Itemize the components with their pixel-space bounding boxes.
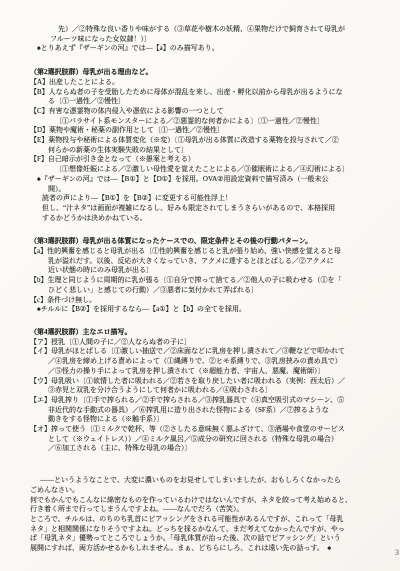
text-line: 読者の声により―【B①】を【B②】に変更する可能性浮上！ xyxy=(42,194,374,204)
text-line: ――というようなことで、大変に濃いものをお見せしてしまいましたが、おもしろくなか… xyxy=(40,476,374,486)
text-line: （第4選択肢群）主なエロ描写。 xyxy=(30,328,374,338)
text-line: 【イ】母乳がほとばしる〔①激しい抽送で／②床面などに乳房を押し潰されて／③鞭など… xyxy=(30,347,374,357)
text-line: 展開にすれば、両方活かせるかもしれません。まぁ、どちらにしろ、これは遠い先の話っ… xyxy=(30,544,374,554)
text-line: 【c】条件づけ無し。 xyxy=(30,296,374,306)
text-line: 〔①想像妊娠による／②激しい母性愛を覚えたことによる／③催眠術による／④幻術によ… xyxy=(55,165,374,175)
text-line: 〔①パラサイト系モンスターによる／②悪霊的な何者かによる〕〔①一過性／②慢性〕 xyxy=(55,117,374,127)
text-line: ／⑤怪力の操り手によって乳房を押し潰されて（※超能力者、宇宙人、悪魔、魔術師）〕 xyxy=(48,367,374,377)
text-line: 【エ】母乳搾り〔①手で搾られる／②手で搾らされる／③搾乳器具で（④真空吸引式のマ… xyxy=(30,396,374,406)
text-line: ③赤児と双乳を分け合うようにして何者かに吸われる／④吸わされる〕 xyxy=(48,386,374,396)
text-line: る〔①一過性／②慢性〕 xyxy=(48,97,374,107)
text-line: 動きをする怪物による（※触手系）〕 xyxy=(48,415,374,425)
text-line: として（※ウェイトレス））／④ミルク風呂／⑤成分の研究に回される（特殊な母乳の場… xyxy=(48,435,374,445)
text-line: ところで、チルルは、のちのち乳首にピアッシングをされる可能性があるんですが、これ… xyxy=(30,515,374,525)
scanned-page: 先）／②特殊な良い香りや味がする（③草花や樹木の妖精、④果物だけで飼育されて母乳… xyxy=(0,0,400,571)
text-line: （第3選択肢群）母乳が出る体質になったケースでの、限定条件とその後の行動パターン… xyxy=(30,237,374,247)
text-line: 先）／②特殊な良い香りや味がする（③草花や樹木の妖精、④果物だけで飼育されて母乳… xyxy=(58,25,374,35)
text-line: 【C】有害な憑霊物の体内侵入や憑依による影響の一つとして xyxy=(30,107,374,117)
text-line: 何らかの新薬の生体実験失敗の結果として〕 xyxy=(48,146,374,156)
text-line: 【オ】搾って使う〔①ミルクで乾杯、等（②さしたる意味無く悪ふざけて、③酒場や食堂… xyxy=(30,425,374,435)
text-line: 乳が溢れだす。以後、反応が大きくなっていき、アクメに達するとほとばしる／②アクメ… xyxy=(48,257,374,267)
text-line: 開）。 xyxy=(48,185,374,195)
text-line: 【a】性的興奮を感じると母乳が出る〔①性的興奮を感じると乳が張り始め、強い快感を… xyxy=(30,247,374,257)
text-line: （第2選択肢群）母乳が出る理由など。 xyxy=(30,68,374,78)
text-line: するかどうかは決めかねている。 xyxy=(42,214,374,224)
text-line: ぱ「母乳ネタ」優勢ってところでしょうか。「母乳体質が治った後、次の話でピアッシン… xyxy=(30,534,374,544)
text-line: フルーツ味になった女奴隷！）〕 xyxy=(50,35,374,45)
text-line: 【b】生理と同じように周期的に乳が張る〔①自分で搾って捨てる／②他人の子に吸わせ… xyxy=(30,276,374,286)
text-line: 何でもかんでもこんなに綿密なものを作っているわけではないんですが、ネタを絞って考… xyxy=(30,496,374,506)
text-line: ♠チルルに【B②】を採用するなら―【a①】と【b】の全てを採用。 xyxy=(37,305,374,315)
text-line: 【F】自己暗示が引き金となって（※愚案と考える） xyxy=(30,155,374,165)
text-line: ／④乳房を締め上げる責めによって（①縄縛りで、②ヒモ系縛りで、③乳房挟みの責め具… xyxy=(48,357,374,367)
text-line: 近い状態の時にのみ母乳が出る〕 xyxy=(48,266,374,276)
text-line: 非近代的な手動式の器具）／⑥搾乳用に造り出された怪物による（SF系）／⑦搾るよう… xyxy=(48,406,374,416)
page-number: 3 xyxy=(395,548,399,557)
text-line: 【ウ】母乳吸い〔①欲情した者に吸われる／②若さを取り戻したい者に吸われる（実例：… xyxy=(30,377,374,387)
text-line: 【ア】授乳〔①人間の子に／②人ならぬ者の子に〕 xyxy=(30,338,374,348)
text-line: 【D】薬物や魔術・秘薬の副作用として〔①一過性／②慢性〕 xyxy=(30,126,374,136)
text-line: 【B】人ならぬ者の子を受胎したために母体が混乱を来し、出産・孵化以前から母乳が出… xyxy=(30,88,374,98)
text-line: 【E】薬物投与や秘術による体質変化（※変）〔①母乳が出る体質に改造する薬物を投与… xyxy=(30,136,374,146)
text-line: ひどく悲しい」と感じての行動）／③悪者に気付かれて弄ばれる〕 xyxy=(48,286,374,296)
text-line: 【A】出産したことによる。 xyxy=(30,78,374,88)
text-area: 先）／②特殊な良い香りや味がする（③草花や樹木の妖精、④果物だけで飼育されて母乳… xyxy=(30,25,374,554)
text-line: ネタ」と相関関係になりそうですよね。どっちを採るかなんて、まだ考えてなかったんで… xyxy=(30,525,374,535)
text-line: ♠『ザーギンの河』では―【B①】と【D①】を採用。OVA②用設定資料で描写済み（… xyxy=(37,175,374,185)
text-line: ♠とりあえず『ザーギンの河』では―【a】のみ描写あり。 xyxy=(37,44,374,54)
text-line: 但し、“汁ネタ”は画面が複雑になるし、好みも限定されてしまうきらいがあるので、本… xyxy=(42,204,374,214)
text-line: ／⑥加工される（主に、特殊な母乳の場合）〕 xyxy=(48,444,374,454)
text-line: ごめんなさい。 xyxy=(30,486,374,496)
text-line: 行き着く所まで行ってしまうんですよね。――なんでだろ（苦笑）。 xyxy=(30,505,374,515)
